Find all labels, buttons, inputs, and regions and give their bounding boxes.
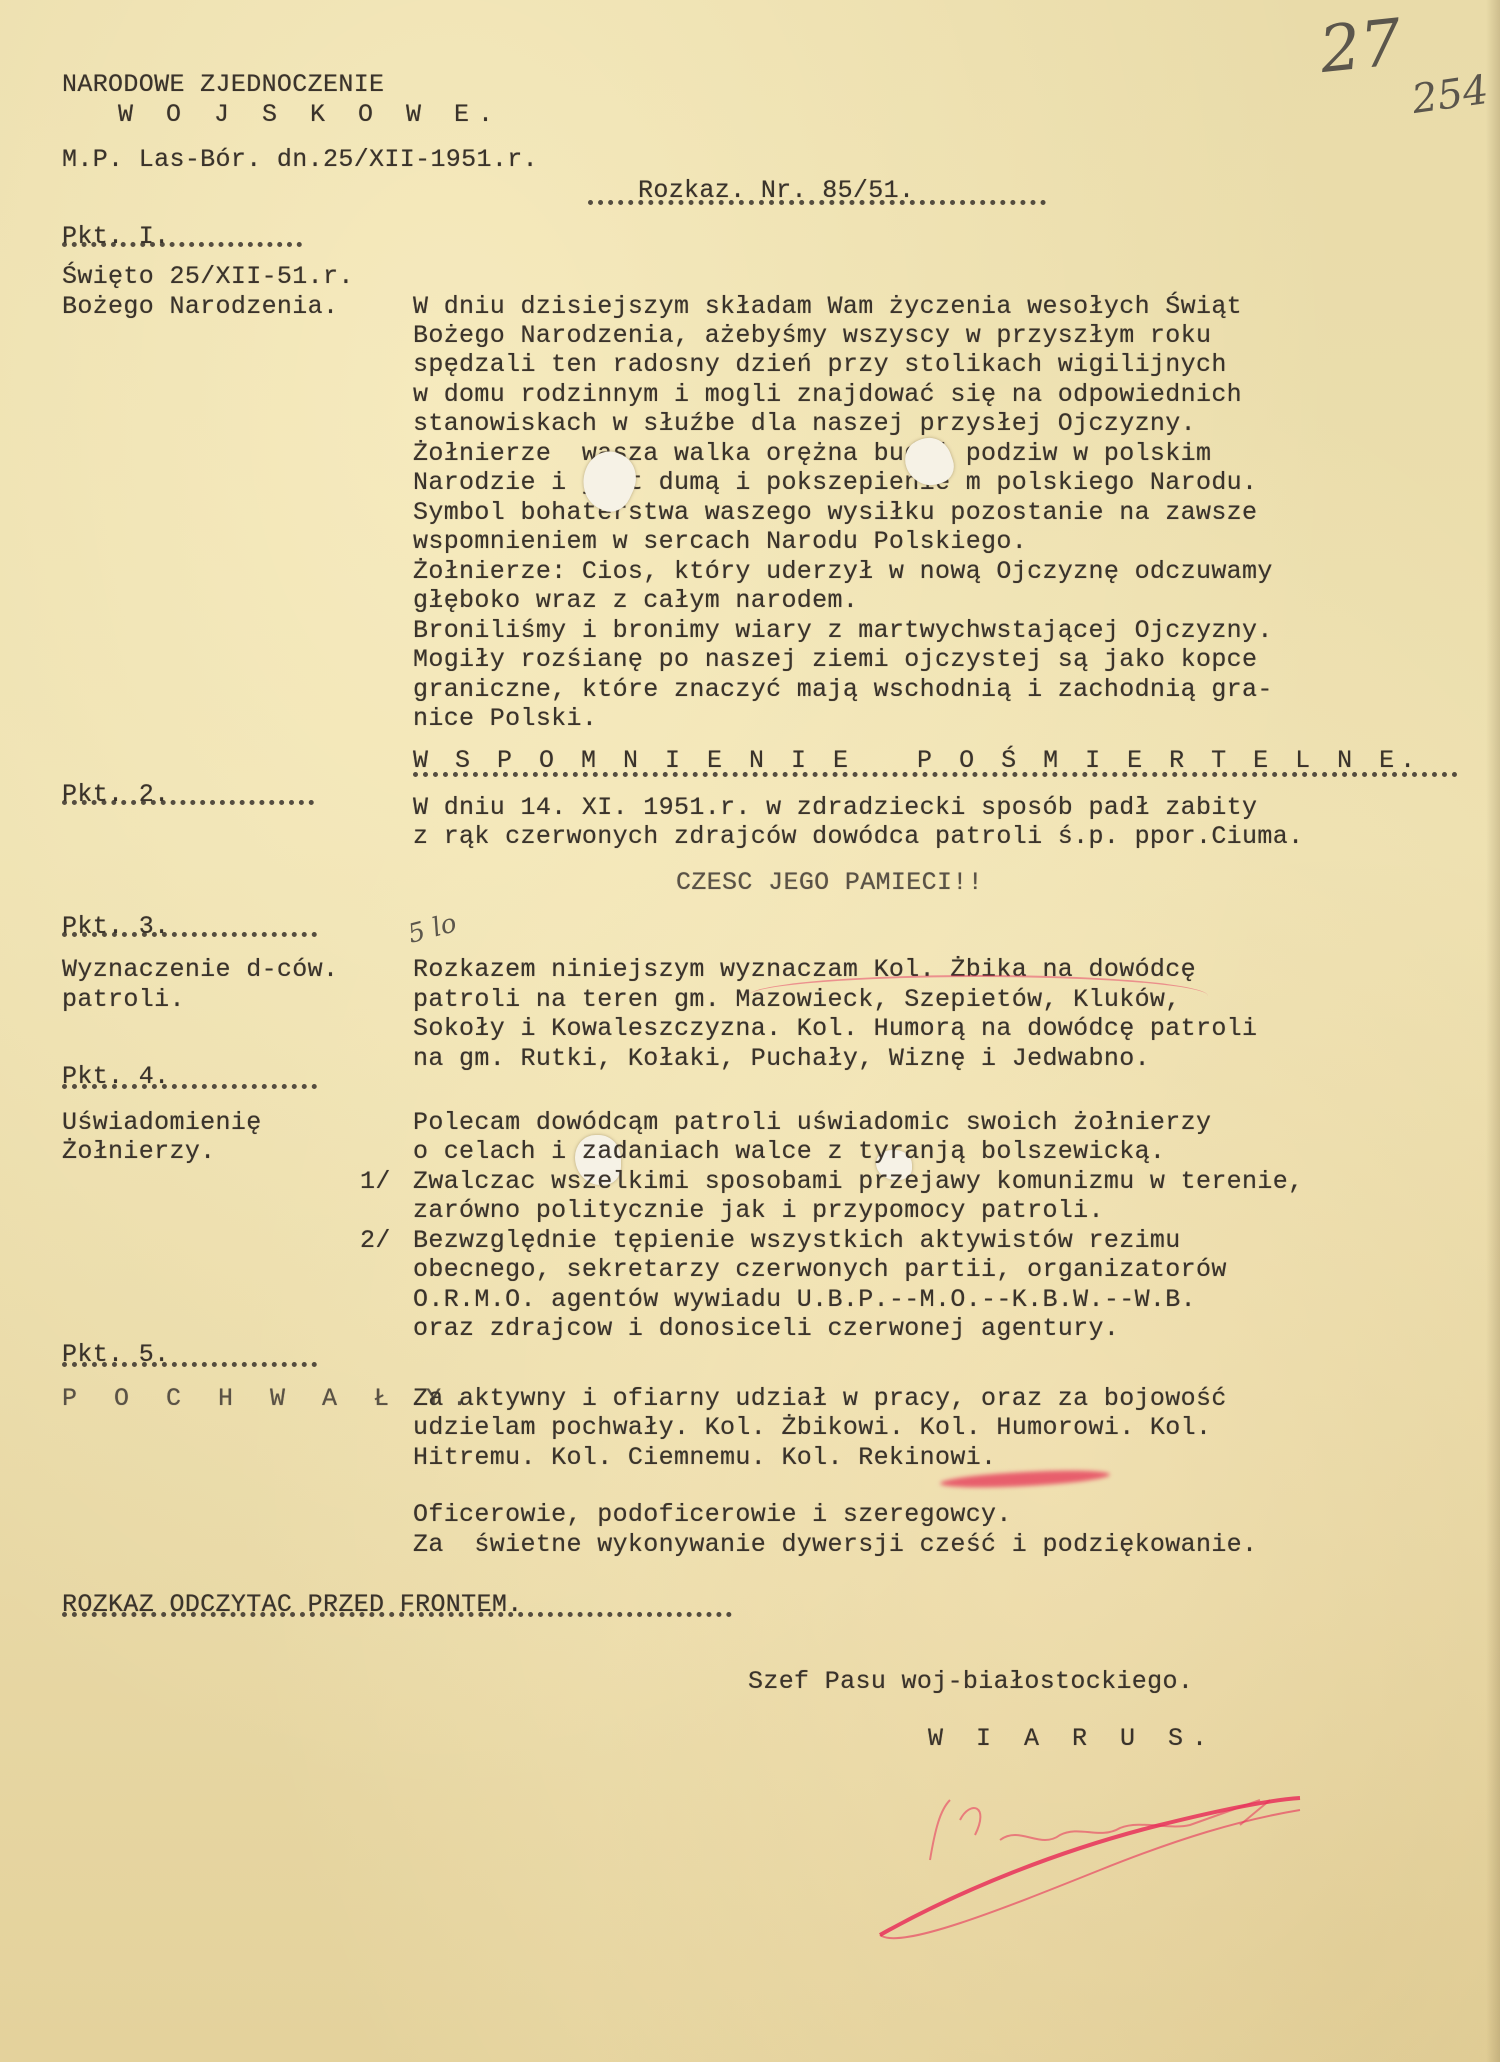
section-label-1: Pkt. I. — [62, 222, 169, 252]
section-4-item-1: zarówno politycznie jak i przypomocy pat… — [413, 1196, 1104, 1226]
section-2-heading-underline — [413, 772, 1458, 777]
section-1-body: Żołnierze: Cios, który uderzył w nową Oj… — [413, 557, 1273, 587]
section-4-item-number: 1/ — [360, 1167, 391, 1197]
order-title-underline — [588, 200, 1046, 205]
org-name-line2: W O J S K O W E. — [118, 100, 502, 130]
section-5-body: Za aktywny i ofiarny udział w pracy, ora… — [413, 1384, 1227, 1414]
document-page: 27 254 NARODOWE ZJEDNOCZENIE W O J S K O… — [0, 0, 1500, 2062]
section-3-title: patroli. — [62, 985, 185, 1015]
section-5-closing: Oficerowie, podoficerowie i szeregowcy. — [413, 1500, 1012, 1530]
section-4-item-2: oraz zdrajcow i donosiceli czerwonej age… — [413, 1314, 1119, 1344]
archive-folio-number: 254 — [1409, 67, 1491, 123]
section-1-body: Bożego Narodzenia, ażebyśmy wszyscy w pr… — [413, 321, 1211, 351]
section-3-title: Wyznaczenie d-ców. — [62, 955, 338, 985]
section-1-body: graniczne, które znaczyć mają wschodnią … — [413, 675, 1273, 705]
section-4-item-2: Bezwzględnie tępienie wszystkich aktywis… — [413, 1226, 1181, 1256]
section-5-body: udzielam pochwały. Kol. Żbikowi. Kol. Hu… — [413, 1413, 1211, 1443]
section-4-item-2: O.R.M.O. agentów wywiadu U.B.P.--M.O.--K… — [413, 1285, 1196, 1315]
section-1-body: Narodzie i jest dumą i pokszepienie m po… — [413, 468, 1257, 498]
section-2-body: W dniu 14. XI. 1951.r. w zdradziecki spo… — [413, 793, 1257, 823]
section-label-4-underline — [62, 1084, 317, 1089]
instruction-underline — [62, 1612, 732, 1617]
margin-pencil-note: 5 lo — [405, 908, 460, 950]
org-name-line1: NARODOWE ZJEDNOCZENIE — [62, 70, 384, 100]
section-label-3: Pkt. 3. — [62, 912, 169, 942]
section-3-body: Sokoły i Kowaleszczyzna. Kol. Humorą na … — [413, 1014, 1257, 1044]
section-5-closing: Za świetne wykonywanie dywersji cześć i … — [413, 1530, 1257, 1560]
section-2-closing: CZESC JEGO PAMIECI!! — [676, 868, 983, 898]
signatory-name: W I A R U S. — [928, 1724, 1216, 1754]
section-label-2: Pkt. 2. — [62, 780, 169, 810]
section-1-body: W dniu dzisiejszym składam Wam życzenia … — [413, 292, 1242, 322]
section-1-body: Broniliśmy i bronimy wiary z martwychwst… — [413, 616, 1273, 646]
section-1-body: wspomnieniem w sercach Narodu Polskiego. — [413, 527, 1027, 557]
section-5-body: Hitremu. Kol. Ciemnemu. Kol. Rekinowi. — [413, 1443, 996, 1473]
section-4-title: Uświadomienię — [62, 1108, 262, 1138]
section-label-1-underline — [62, 242, 302, 247]
section-1-body: spędzali ten radosny dzień przy stolikac… — [413, 350, 1227, 380]
section-label-2-underline — [62, 800, 314, 805]
section-1-body: Symbol bohaterstwa waszego wysiłku pozos… — [413, 498, 1257, 528]
place-date: M.P. Las-Bór. dn.25/XII-1951.r. — [62, 145, 538, 175]
section-4-item-number: 2/ — [360, 1226, 391, 1256]
section-1-body: w domu rodzinnym i mogli znajdować się n… — [413, 380, 1242, 410]
section-1-body: głęboko wraz z całym narodem. — [413, 586, 858, 616]
section-4-title: Żołnierzy. — [62, 1137, 216, 1167]
section-4-item-1: Zwalczac wszelkimi sposobami przejawy ko… — [413, 1167, 1303, 1197]
section-2-body: z rąk czerwonych zdrajców dowódca patrol… — [413, 822, 1303, 852]
section-3-body: na gm. Rutki, Kołaki, Puchały, Wiznę i J… — [413, 1044, 1150, 1074]
section-1-title: Święto 25/XII-51.r. — [62, 262, 354, 292]
archive-page-number: 27 — [1316, 6, 1405, 88]
section-label-5-underline — [62, 1362, 317, 1367]
section-1-title: Bożego Narodzenia. — [62, 292, 338, 322]
section-1-body: Żołnierze wasza walka orężna budzi podzi… — [413, 439, 1211, 469]
red-signature — [840, 1780, 1320, 1960]
section-label-3-underline — [62, 932, 317, 937]
signatory-title: Szef Pasu woj-białostockiego. — [748, 1667, 1193, 1697]
section-4-item-2: obecnego, sekretarzy czerwonych partii, … — [413, 1255, 1227, 1285]
section-1-body: stanowiskach w słuźbe dla naszej przysłe… — [413, 409, 1196, 439]
section-4-body: Polecam dowódcąm patroli uświadomic swoi… — [413, 1108, 1211, 1138]
section-4-body: o celach i zadaniach walce z tyranją bol… — [413, 1137, 1165, 1167]
section-1-body: Mogiły rozśianę po naszej ziemi ojczyste… — [413, 645, 1257, 675]
red-pencil-mark — [748, 975, 1208, 1017]
section-1-body: nice Polski. — [413, 704, 597, 734]
